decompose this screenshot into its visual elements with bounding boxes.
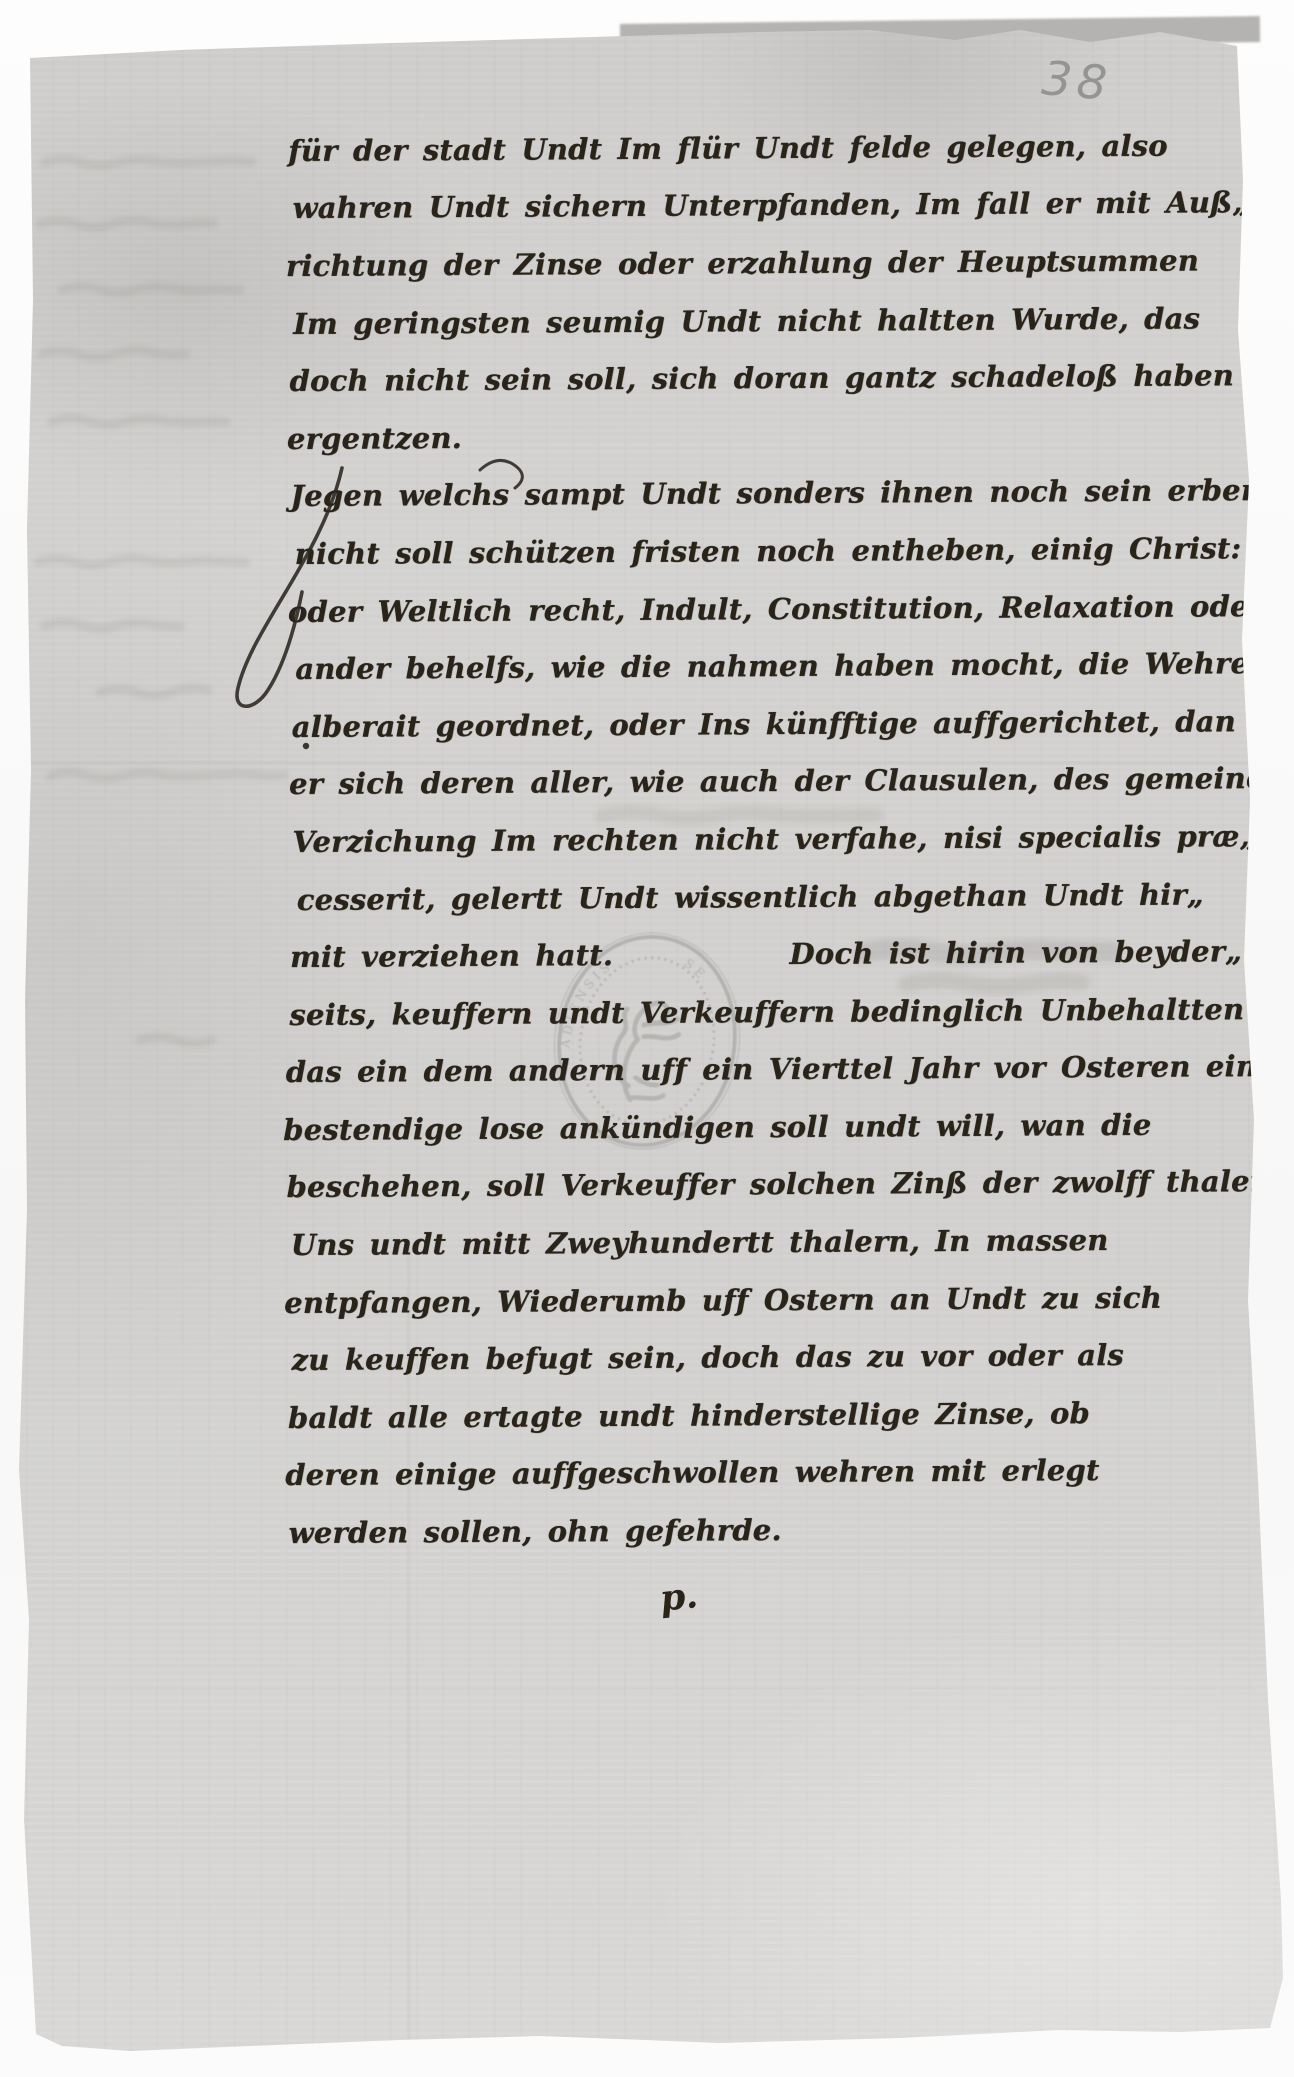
pen-flourish <box>0 0 1294 2077</box>
end-flourish-mark: p. <box>658 1574 700 1620</box>
ink-dots <box>294 727 317 750</box>
manuscript-page: ADIENSIS SE 38 für der stadt Undt Im flü… <box>0 0 1294 2077</box>
document-scan: ADIENSIS SE 38 für der stadt Undt Im flü… <box>0 0 1294 2077</box>
